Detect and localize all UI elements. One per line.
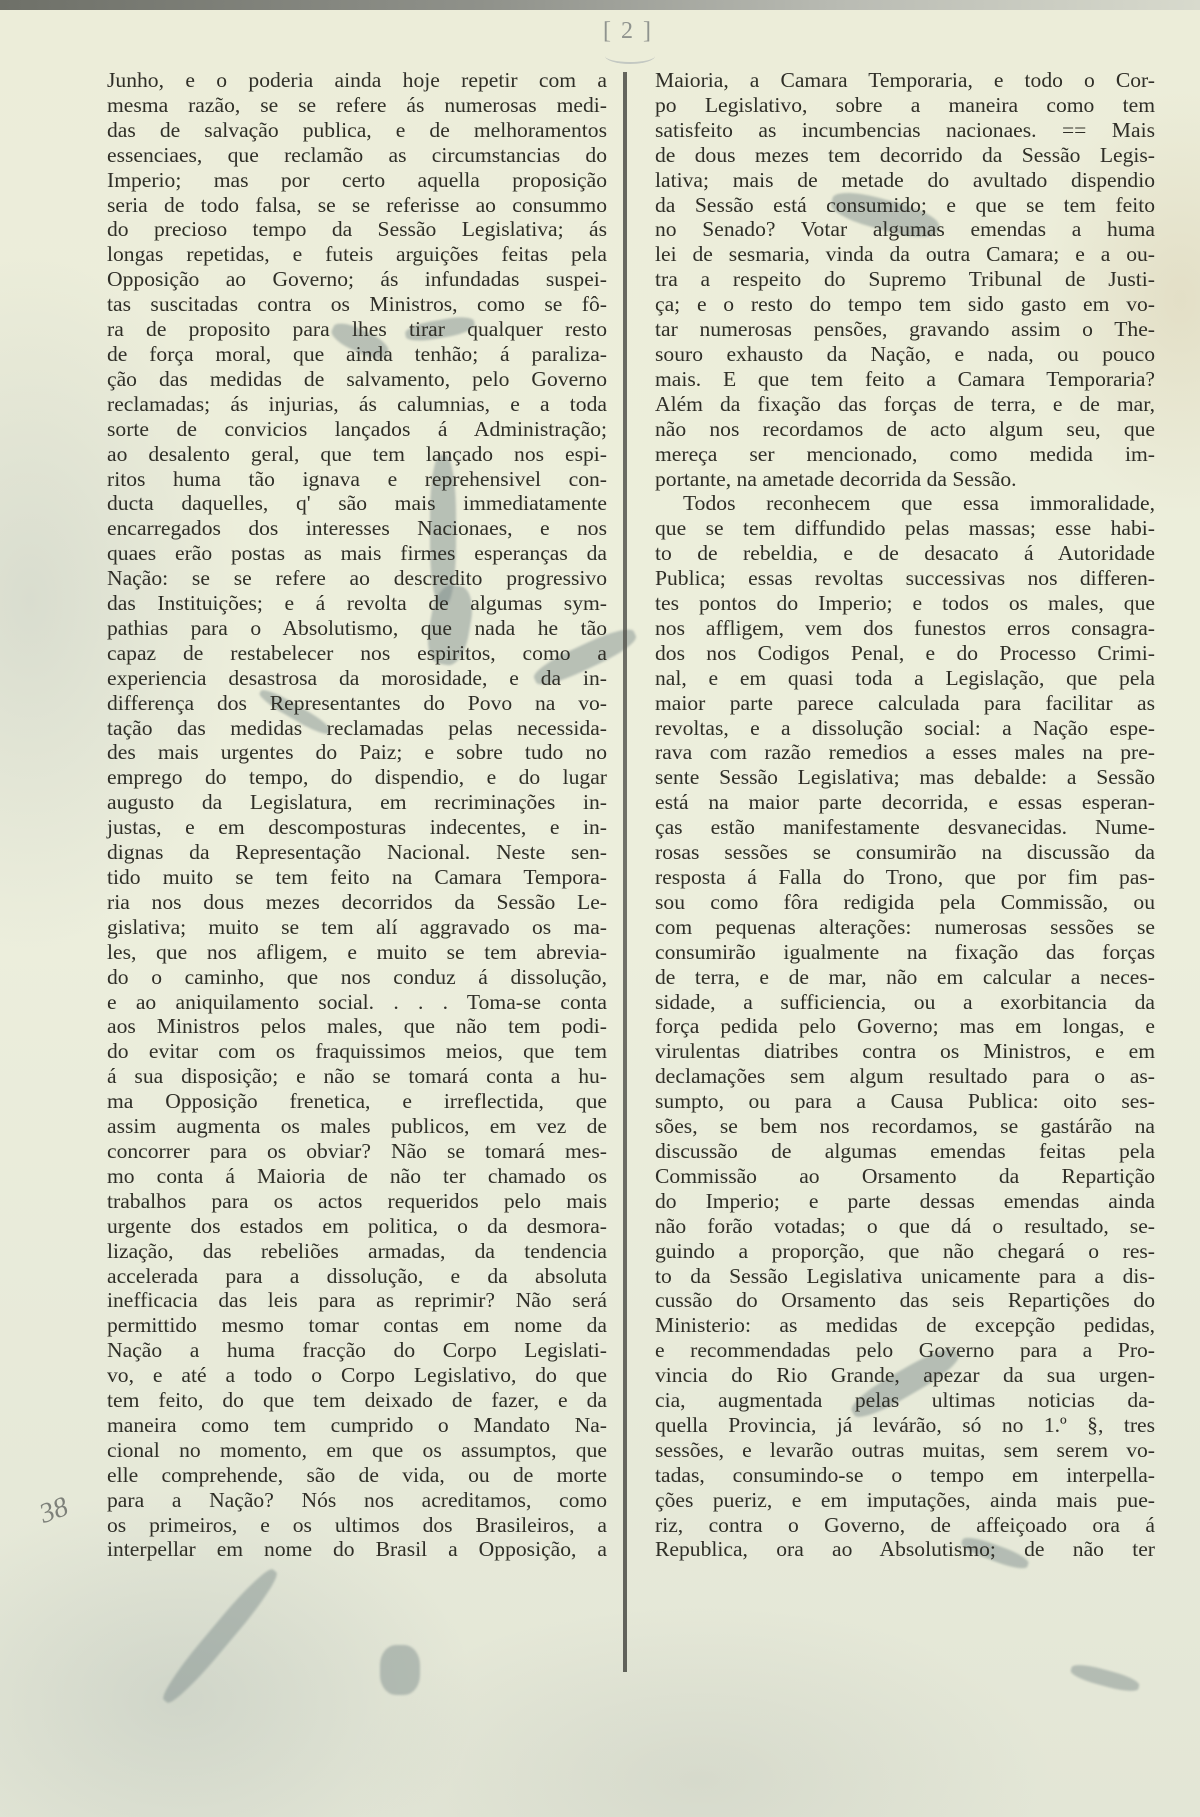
text-line: tas suscitadas contra os Ministros, como… <box>107 292 607 317</box>
text-line: dignas da Representação Nacional. Neste … <box>107 840 607 865</box>
text-line: tadas, consumindo-se o tempo em interpel… <box>655 1463 1155 1488</box>
text-line: emprego do tempo, do dispendio, e do lug… <box>107 765 607 790</box>
text-line: virulentas diatribes contra os Ministros… <box>655 1039 1155 1064</box>
left-column: Junho, e o poderia ainda hoje repetir co… <box>107 68 607 1562</box>
text-line: Nação: se se refere ao descredito progre… <box>107 566 607 591</box>
text-line: des mais urgentes do Paiz; e sobre tudo … <box>107 740 607 765</box>
text-line: vincia do Rio Grande, apezar da sua urge… <box>655 1363 1155 1388</box>
text-line: inefficacia das leis para as reprimir? N… <box>107 1288 607 1313</box>
paragraph: Maioria, a Camara Temporaria, e todo o C… <box>655 68 1155 491</box>
text-line: elle comprehende, são de vida, ou de mor… <box>107 1463 607 1488</box>
text-line: experiencia desastrosa da morosidade, e … <box>107 666 607 691</box>
text-line: do precioso tempo da Sessão Legislativa;… <box>107 217 607 242</box>
page-number: [ 2 ] <box>593 18 663 45</box>
text-line: do evitar com os fraquissimos meios, que… <box>107 1039 607 1064</box>
text-line: tes pontos do Imperio; e todos os males,… <box>655 591 1155 616</box>
text-line: está na maior parte decorrida, e essas e… <box>655 790 1155 815</box>
text-line: accelerada para a dissolução, e da absol… <box>107 1264 607 1289</box>
water-stain <box>380 1645 420 1695</box>
text-line: resposta á Falla do Trono, que por fim p… <box>655 865 1155 890</box>
text-line: quella Provincia, já levárão, só no 1.º … <box>655 1413 1155 1438</box>
text-line: consumirão igualmente na fixação das for… <box>655 940 1155 965</box>
text-line: Opposição ao Governo; ás infundadas susp… <box>107 267 607 292</box>
text-line: seria de todo falsa, se se referisse ao … <box>107 193 607 218</box>
text-line: ra de proposito para lhes tirar qualquer… <box>107 317 607 342</box>
text-line: Commissão ao Orsamento da Repartição <box>655 1164 1155 1189</box>
text-line: cional no momento, em que os assumptos, … <box>107 1438 607 1463</box>
text-line: Imperio; mas por certo aquella proposiçã… <box>107 168 607 193</box>
text-line: Publica; essas revoltas successivas nos … <box>655 566 1155 591</box>
text-line: Ministerio: as medidas de excepção pedid… <box>655 1313 1155 1338</box>
water-stain <box>1069 1661 1141 1695</box>
text-line: sessões, e levarão outras muitas, sem se… <box>655 1438 1155 1463</box>
text-line: longas repetidas, e futeis arguições fei… <box>107 242 607 267</box>
text-line: do Imperio; e parte dessas emendas ainda <box>655 1189 1155 1214</box>
text-line: no Senado? Votar algumas emendas a huma <box>655 217 1155 242</box>
text-line: nos affligem, vem dos funestos erros con… <box>655 616 1155 641</box>
right-column: Maioria, a Camara Temporaria, e todo o C… <box>655 68 1155 1562</box>
text-line: vo, e até a todo o Corpo Legislativo, do… <box>107 1363 607 1388</box>
text-line: os primeiros, e os ultimos dos Brasileir… <box>107 1513 607 1538</box>
text-line: não nos recordamos de acto algum seu, qu… <box>655 417 1155 442</box>
text-line: das Instituições; e á revolta de algumas… <box>107 591 607 616</box>
text-line: ças estão manifestamente desvanecidas. N… <box>655 815 1155 840</box>
text-line: tra a respeito do Supremo Tribunal de Ju… <box>655 267 1155 292</box>
text-line: souro exhausto da Nação, e nada, ou pouc… <box>655 342 1155 367</box>
text-line: mereça ser mencionado, como medida im- <box>655 442 1155 467</box>
text-line: interpellar em nome do Brasil a Opposiçã… <box>107 1537 607 1562</box>
text-line: e ao aniquilamento social. . . . Toma-se… <box>107 990 607 1015</box>
text-line: de dous mezes tem decorrido da Sessão Le… <box>655 143 1155 168</box>
scan-top-edge <box>0 0 1200 10</box>
text-line: encarregados dos interesses Nacionaes, e… <box>107 516 607 541</box>
text-line: justas, e em descomposturas indecentes, … <box>107 815 607 840</box>
text-line: com pequenas alterações: numerosas sessõ… <box>655 915 1155 940</box>
text-line: mo conta á Maioria de não ter chamado os <box>107 1164 607 1189</box>
text-line: do o caminho, que nos conduz á dissoluçã… <box>107 965 607 990</box>
text-line: tem feito, do que tem deixado de fazer, … <box>107 1388 607 1413</box>
text-line: ma Opposição frenetica, e irreflectida, … <box>107 1089 607 1114</box>
text-line: da Sessão está consumido; e que se tem f… <box>655 193 1155 218</box>
text-line: guindo a proporção, que não chegará o re… <box>655 1239 1155 1264</box>
text-line: trabalhos para os actos requeridos pelo … <box>107 1189 607 1214</box>
text-line: força pedida pelo Governo; mas em longas… <box>655 1014 1155 1039</box>
text-line: das de salvação publica, e de melhoramen… <box>107 118 607 143</box>
text-line: de terra, e de mar, não em calcular a ne… <box>655 965 1155 990</box>
text-line: tido muito se tem feito na Camara Tempor… <box>107 865 607 890</box>
text-line: discussão de algumas emendas feitas pela <box>655 1139 1155 1164</box>
text-line: dos nos Codigos Penal, e do Processo Cri… <box>655 641 1155 666</box>
text-line: sou como fôra redigida pela Commissão, o… <box>655 890 1155 915</box>
text-line: gislativa; muito se tem alí aggravado os… <box>107 915 607 940</box>
text-line: cussão do Orsamento das seis Repartições… <box>655 1288 1155 1313</box>
text-line: quaes erão postas as mais firmes esperan… <box>107 541 607 566</box>
text-line: revoltas, e a dissolução social: a Nação… <box>655 716 1155 741</box>
text-line: augusto da Legislatura, em recriminações… <box>107 790 607 815</box>
text-line: pathias para o Absolutismo, que nada he … <box>107 616 607 641</box>
text-line: Todos reconhecem que essa immoralidade, <box>655 491 1155 516</box>
text-line: nal, e em quasi toda a Legislação, que p… <box>655 666 1155 691</box>
text-line: para a Nação? Nós nos acreditamos, como <box>107 1488 607 1513</box>
column-divider <box>623 72 627 1672</box>
text-line: e recommendadas pelo Governo para a Pro- <box>655 1338 1155 1363</box>
text-line: Junho, e o poderia ainda hoje repetir co… <box>107 68 607 93</box>
text-line: ao desalento geral, que tem lançado nos … <box>107 442 607 467</box>
page-number-ornament <box>605 48 655 64</box>
text-line: essenciaes, que reclamão as circumstanci… <box>107 143 607 168</box>
text-line: Republica, ora ao Absolutismo; de não te… <box>655 1537 1155 1562</box>
text-line: ções pueriz, e em imputações, ainda mais… <box>655 1488 1155 1513</box>
text-line: rava com razão remedios a esses males na… <box>655 740 1155 765</box>
text-line: ção das medidas de salvamento, pelo Gove… <box>107 367 607 392</box>
text-line: to de rebeldia, e de desacato á Autorida… <box>655 541 1155 566</box>
text-line: de força moral, que ainda tenhão; á para… <box>107 342 607 367</box>
text-line: mesma razão, se se refere ás numerosas m… <box>107 93 607 118</box>
text-line: á sua disposição; e não se tomará conta … <box>107 1064 607 1089</box>
text-line: Além da fixação das forças de terra, e d… <box>655 392 1155 417</box>
text-line: portante, na ametade decorrida da Sessão… <box>655 467 1155 492</box>
text-line: reclamadas; ás injurias, ás calumnias, e… <box>107 392 607 417</box>
text-line: que se tem diffundido pelas massas; esse… <box>655 516 1155 541</box>
text-line: concorrer para os obviar? Não se tomará … <box>107 1139 607 1164</box>
text-line: sente Sessão Legislativa; mas debalde: a… <box>655 765 1155 790</box>
paragraph: Todos reconhecem que essa immoralidade,q… <box>655 491 1155 1562</box>
text-line: les, que nos afligem, e muito se tem abr… <box>107 940 607 965</box>
text-line: permittido mesmo tomar contas em nome da <box>107 1313 607 1338</box>
text-line: to da Sessão Legislativa unicamente para… <box>655 1264 1155 1289</box>
text-line: assim augmenta os males publicos, em vez… <box>107 1114 607 1139</box>
text-line: rosas sessões se consumirão na discussão… <box>655 840 1155 865</box>
text-line: Nação a huma fracção do Corpo Legislati- <box>107 1338 607 1363</box>
scanned-page: [ 2 ] 38 Junho, e o poderia ainda hoje r… <box>0 0 1200 1817</box>
text-line: Maioria, a Camara Temporaria, e todo o C… <box>655 68 1155 93</box>
text-line: capaz de restabelecer nos espiritos, com… <box>107 641 607 666</box>
text-line: ritos huma tão ignava e reprehensivel co… <box>107 467 607 492</box>
text-line: maior parte parece calculada para facili… <box>655 691 1155 716</box>
text-line: lização, das rebeliões armadas, da tende… <box>107 1239 607 1264</box>
text-line: differença dos Representantes do Povo na… <box>107 691 607 716</box>
text-line: não forão votadas; o que dá o resultado,… <box>655 1214 1155 1239</box>
text-line: sidade, a sufficiencia, ou a exorbitanci… <box>655 990 1155 1015</box>
text-line: sorte de convicios lançados á Administra… <box>107 417 607 442</box>
text-line: po Legislativo, sobre a maneira como tem <box>655 93 1155 118</box>
text-line: sões, se bem nos recordamos, se gastárão… <box>655 1114 1155 1139</box>
text-line: mais. E que tem feito a Camara Temporari… <box>655 367 1155 392</box>
text-line: riz, contra o Governo, de affeiçoado ora… <box>655 1513 1155 1538</box>
text-line: sumpto, ou para a Causa Publica: oito se… <box>655 1089 1155 1114</box>
text-line: satisfeito as incumbencias nacionaes. ==… <box>655 118 1155 143</box>
text-line: aos Ministros pelos males, que não tem p… <box>107 1014 607 1039</box>
text-line: lativa; mais de metade do avultado dispe… <box>655 168 1155 193</box>
text-line: maneira como tem cumprido o Mandato Na- <box>107 1413 607 1438</box>
water-stain <box>157 1564 283 1708</box>
text-line: tar numerosas pensões, gravando assim o … <box>655 317 1155 342</box>
text-line: lei de sesmaria, vinda da outra Camara; … <box>655 242 1155 267</box>
text-line: urgente dos estados em politica, o da de… <box>107 1214 607 1239</box>
handwritten-margin-note: 38 <box>35 1491 72 1531</box>
text-line: tação das medidas reclamadas pelas neces… <box>107 716 607 741</box>
text-line: ria nos dous mezes decorridos da Sessão … <box>107 890 607 915</box>
text-line: declamações sem algum resultado para o a… <box>655 1064 1155 1089</box>
text-line: ça; e o resto do tempo tem sido gasto em… <box>655 292 1155 317</box>
text-line: ducta daquelles, q' são mais immediatame… <box>107 491 607 516</box>
text-line: cia, augmentada pelas ultimas noticias d… <box>655 1388 1155 1413</box>
